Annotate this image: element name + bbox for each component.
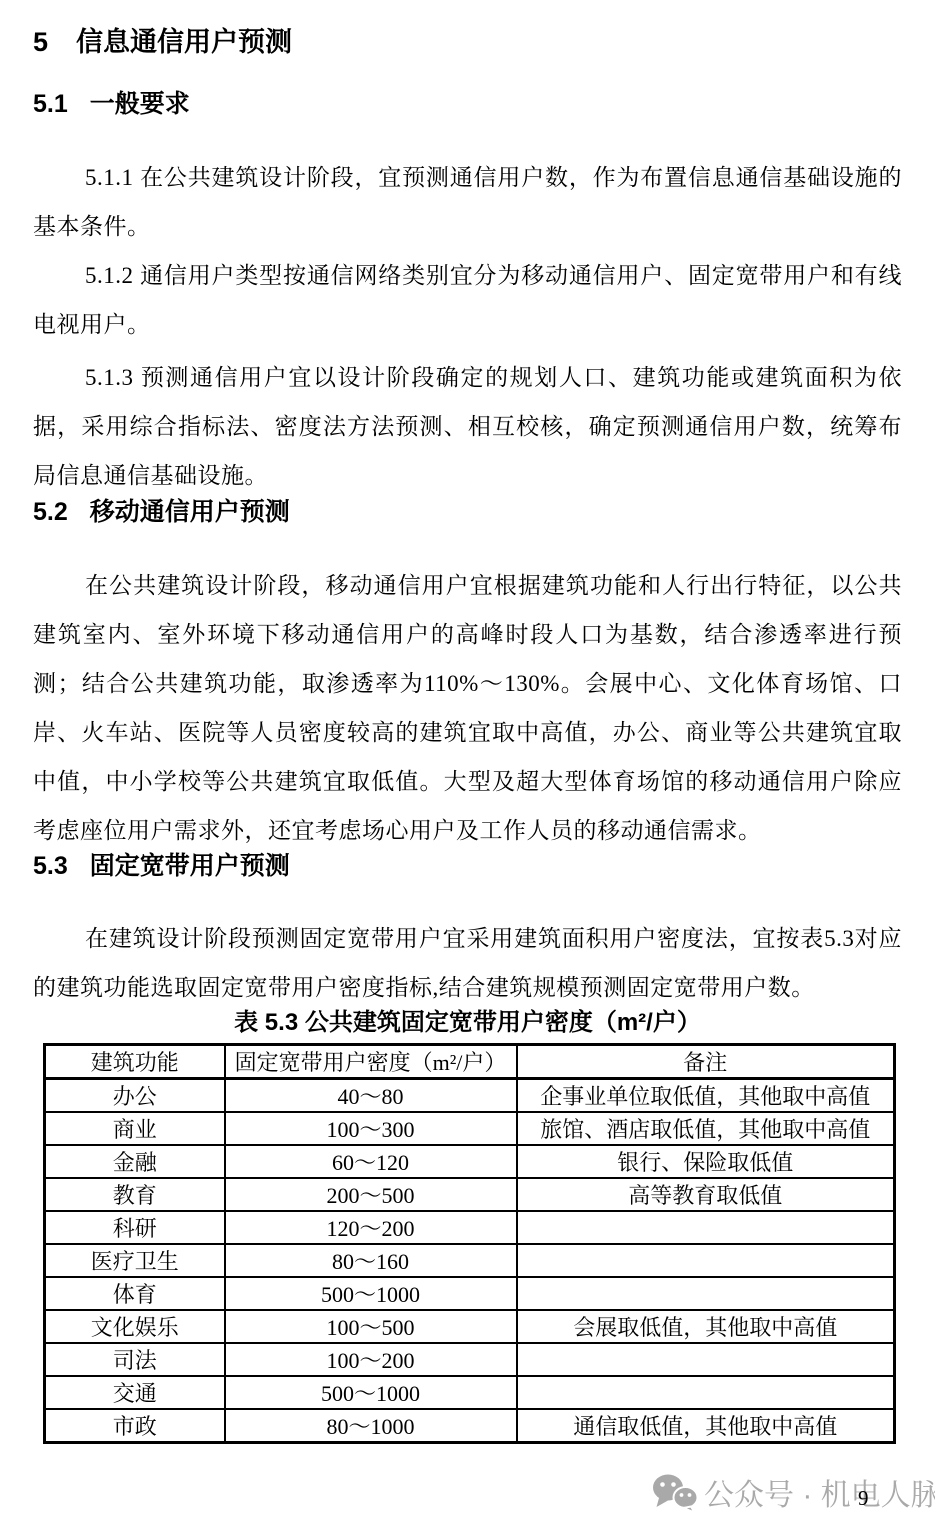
cell-function: 文化娱乐 — [45, 1310, 225, 1343]
wechat-logo-icon — [652, 1473, 700, 1513]
column-header-density: 固定宽带用户密度（m²/户） — [225, 1045, 517, 1079]
chapter-title: 信息通信用户预测 — [76, 27, 292, 57]
paragraph-5-3: 在建筑设计阶段预测固定宽带用户宜采用建筑面积用户密度法，宜按表5.3对应的建筑功… — [33, 914, 902, 1012]
cell-note: 银行、保险取低值 — [517, 1145, 895, 1178]
section-heading-5-3: 5.3固定宽带用户预测 — [33, 846, 902, 882]
chapter-number: 5 — [33, 27, 48, 58]
cell-function: 医疗卫生 — [45, 1244, 225, 1277]
cell-note: 会展取低值，其他取中高值 — [517, 1310, 895, 1343]
cell-note: 旅馆、酒店取低值，其他取中高值 — [517, 1112, 895, 1145]
cell-density: 120～200 — [225, 1211, 517, 1244]
table-row: 教育 200～500 高等教育取低值 — [45, 1178, 895, 1211]
paragraph-5-1-3: 5.1.3 预测通信用户宜以设计阶段确定的规划人口、建筑功能或建筑面积为依据，采… — [33, 353, 902, 500]
section-5-2-number: 5.2 — [33, 498, 68, 527]
cell-density: 100～300 — [225, 1112, 517, 1145]
page-number: 9 — [858, 1486, 869, 1511]
section-5-3-number: 5.3 — [33, 852, 68, 881]
cell-density: 100～500 — [225, 1310, 517, 1343]
table-row: 医疗卫生 80～160 — [45, 1244, 895, 1277]
cell-note — [517, 1211, 895, 1244]
cell-density: 40～80 — [225, 1079, 517, 1113]
cell-note — [517, 1343, 895, 1376]
cell-note — [517, 1277, 895, 1310]
document-page: 5信息通信用户预测 5.1一般要求 5.1.1 在公共建筑设计阶段，宜预测通信用… — [0, 0, 935, 1530]
cell-density: 500～1000 — [225, 1376, 517, 1409]
cell-density: 500～1000 — [225, 1277, 517, 1310]
cell-density: 60～120 — [225, 1145, 517, 1178]
paragraph-5-2: 在公共建筑设计阶段，移动通信用户宜根据建筑功能和人行出行特征，以公共建筑室内、室… — [33, 561, 902, 855]
cell-density: 200～500 — [225, 1178, 517, 1211]
cell-density: 80～1000 — [225, 1409, 517, 1443]
table-header-row: 建筑功能 固定宽带用户密度（m²/户） 备注 — [45, 1045, 895, 1079]
table-row: 商业 100～300 旅馆、酒店取低值，其他取中高值 — [45, 1112, 895, 1145]
section-5-1-number: 5.1 — [33, 90, 68, 119]
table-row: 办公 40～80 企事业单位取低值，其他取中高值 — [45, 1079, 895, 1113]
section-5-3-title: 固定宽带用户预测 — [90, 852, 290, 880]
cell-note — [517, 1244, 895, 1277]
table-row: 司法 100～200 — [45, 1343, 895, 1376]
cell-density: 80～160 — [225, 1244, 517, 1277]
cell-note: 高等教育取低值 — [517, 1178, 895, 1211]
table-row: 体育 500～1000 — [45, 1277, 895, 1310]
cell-function: 商业 — [45, 1112, 225, 1145]
cell-function: 市政 — [45, 1409, 225, 1443]
cell-function: 司法 — [45, 1343, 225, 1376]
section-5-2-title: 移动通信用户预测 — [90, 498, 290, 526]
cell-note: 通信取低值，其他取中高值 — [517, 1409, 895, 1443]
column-header-note: 备注 — [517, 1045, 895, 1079]
table-row: 科研 120～200 — [45, 1211, 895, 1244]
table-row: 金融 60～120 银行、保险取低值 — [45, 1145, 895, 1178]
cell-function: 教育 — [45, 1178, 225, 1211]
watermark-text: 公众号 · 机电人脉 — [704, 1470, 935, 1514]
column-header-building-function: 建筑功能 — [45, 1045, 225, 1079]
cell-note — [517, 1376, 895, 1409]
cell-function: 办公 — [45, 1079, 225, 1113]
section-5-1-title: 一般要求 — [90, 90, 190, 118]
cell-function: 交通 — [45, 1376, 225, 1409]
cell-function: 体育 — [45, 1277, 225, 1310]
table-row: 文化娱乐 100～500 会展取低值，其他取中高值 — [45, 1310, 895, 1343]
paragraph-5-1-2: 5.1.2 通信用户类型按通信网络类别宜分为移动通信用户、固定宽带用户和有线电视… — [33, 251, 902, 349]
cell-density: 100～200 — [225, 1343, 517, 1376]
table-row: 市政 80～1000 通信取低值，其他取中高值 — [45, 1409, 895, 1443]
section-heading-5-2: 5.2移动通信用户预测 — [33, 492, 902, 528]
cell-function: 金融 — [45, 1145, 225, 1178]
section-heading-5-1: 5.1一般要求 — [33, 84, 902, 120]
table-caption: 表 5.3 公共建筑固定宽带用户密度（m²/户） — [33, 1002, 902, 1037]
table-row: 交通 500～1000 — [45, 1376, 895, 1409]
paragraph-5-1-1: 5.1.1 在公共建筑设计阶段，宜预测通信用户数，作为布置信息通信基础设施的基本… — [33, 153, 902, 251]
broadband-density-table: 建筑功能 固定宽带用户密度（m²/户） 备注 办公 40～80 企事业单位取低值… — [43, 1043, 896, 1444]
cell-function: 科研 — [45, 1211, 225, 1244]
chapter-heading: 5信息通信用户预测 — [33, 20, 902, 59]
cell-note: 企事业单位取低值，其他取中高值 — [517, 1079, 895, 1113]
